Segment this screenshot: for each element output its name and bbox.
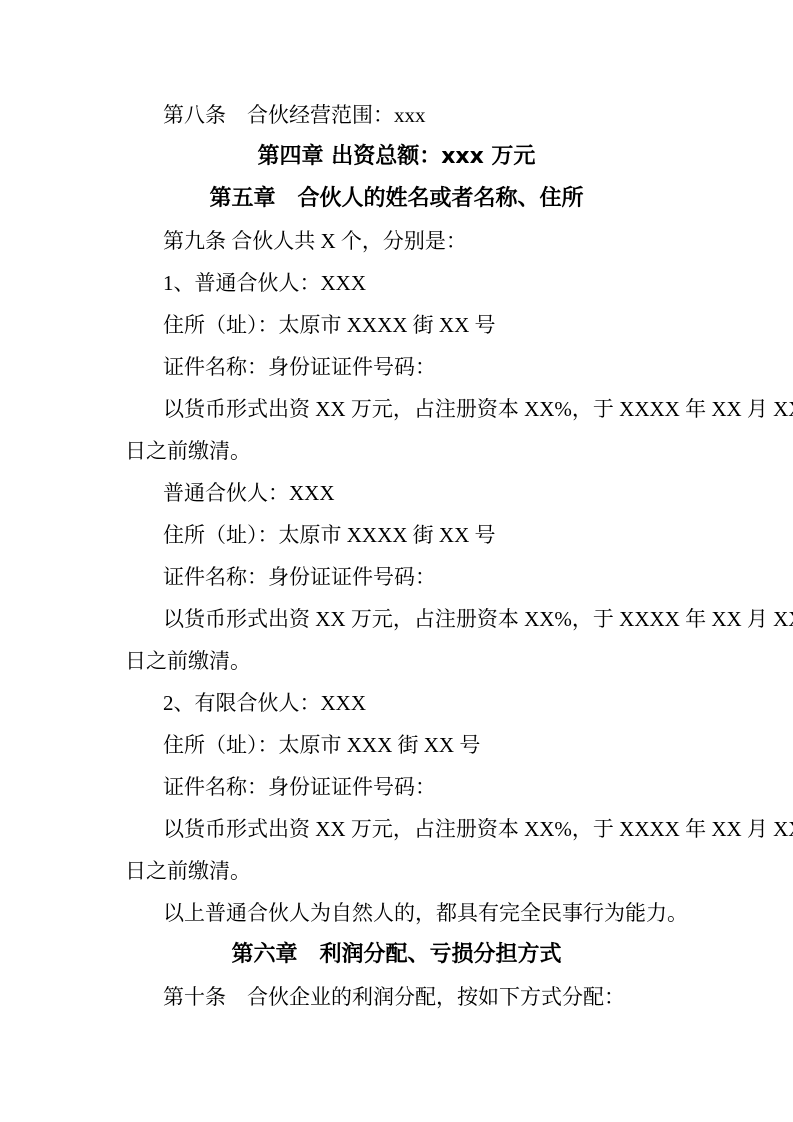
text-line: 住所（址）：太原市 XXXX 街 XX 号 <box>125 514 668 556</box>
text-line: 日之前缴清。 <box>125 430 668 472</box>
text-line: 普通合伙人：XXX <box>125 472 668 514</box>
text-line: 证件名称：身份证证件号码： <box>125 766 668 808</box>
text-line: 以上普通合伙人为自然人的，都具有完全民事行为能力。 <box>125 892 668 934</box>
text-line: 日之前缴清。 <box>125 850 668 892</box>
section-heading: 第四章 出资总额：xxx 万元 <box>125 136 668 178</box>
text-line: 第十条 合伙企业的利润分配，按如下方式分配： <box>125 976 668 1018</box>
section-heading: 第五章 合伙人的姓名或者名称、住所 <box>125 178 668 220</box>
text-line: 1、普通合伙人：XXX <box>125 262 668 304</box>
text-line: 住所（址）：太原市 XXXX 街 XX 号 <box>125 304 668 346</box>
text-line: 以货币形式出资 XX 万元，占注册资本 XX%，于 XXXX 年 XX 月 XX <box>125 598 668 640</box>
text-line: 证件名称：身份证证件号码： <box>125 556 668 598</box>
text-line: 第九条 合伙人共 X 个，分别是： <box>125 220 668 262</box>
text-line: 第八条 合伙经营范围：xxx <box>125 94 668 136</box>
document-content: 第八条 合伙经营范围：xxx第四章 出资总额：xxx 万元第五章 合伙人的姓名或… <box>125 94 668 1018</box>
section-heading: 第六章 利润分配、亏损分担方式 <box>125 934 668 976</box>
text-line: 住所（址）：太原市 XXX 街 XX 号 <box>125 724 668 766</box>
text-line: 日之前缴清。 <box>125 640 668 682</box>
text-line: 以货币形式出资 XX 万元，占注册资本 XX%，于 XXXX 年 XX 月 XX <box>125 388 668 430</box>
document-page: 第八条 合伙经营范围：xxx第四章 出资总额：xxx 万元第五章 合伙人的姓名或… <box>0 0 793 1122</box>
text-line: 证件名称：身份证证件号码： <box>125 346 668 388</box>
text-line: 以货币形式出资 XX 万元，占注册资本 XX%，于 XXXX 年 XX 月 XX <box>125 808 668 850</box>
text-line: 2、有限合伙人：XXX <box>125 682 668 724</box>
